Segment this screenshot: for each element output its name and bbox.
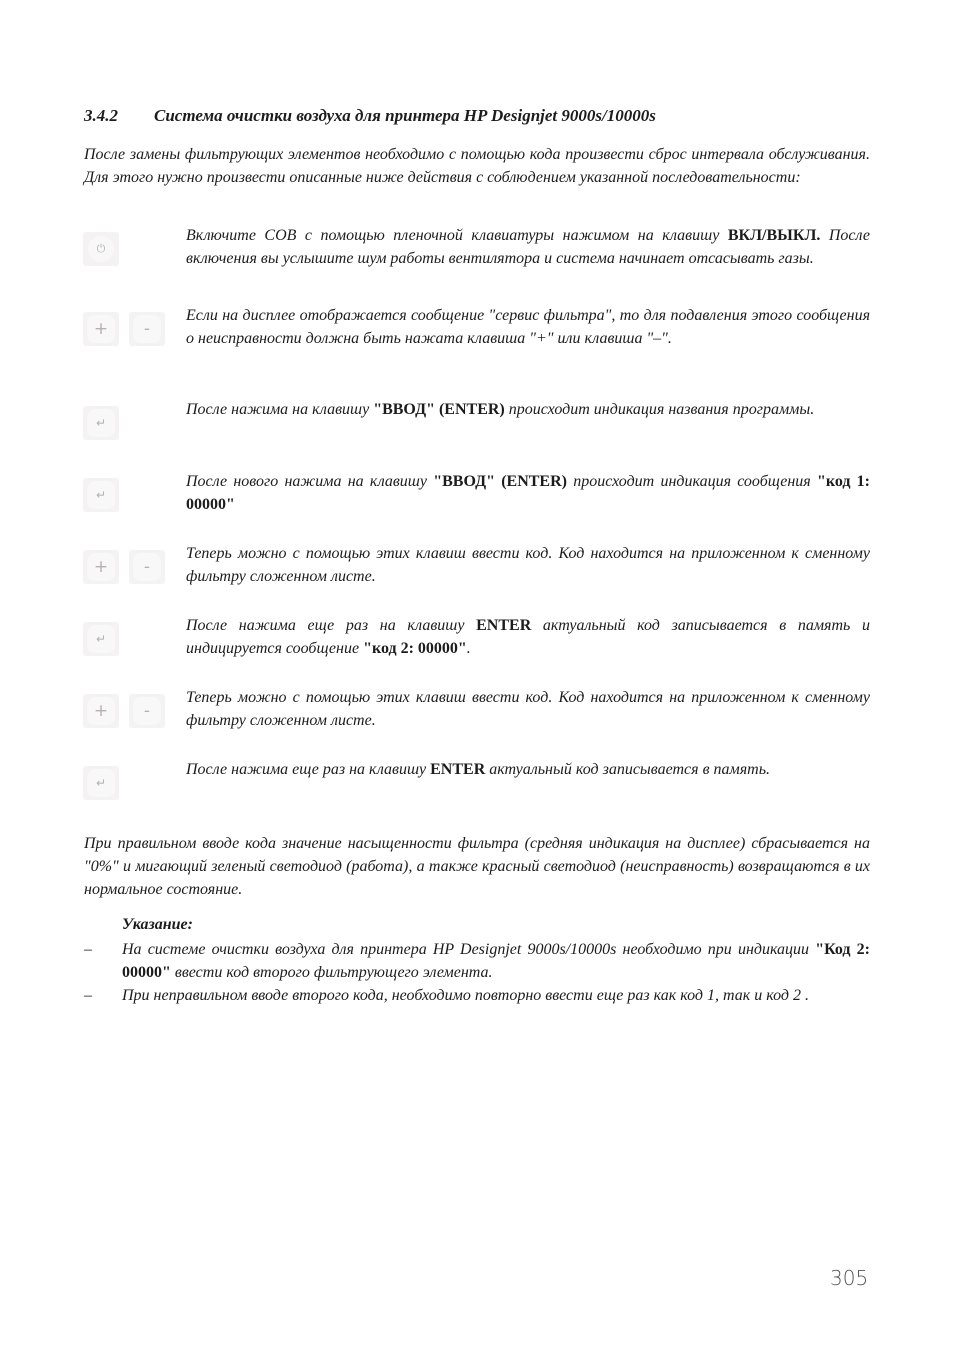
plus-icon: +	[87, 697, 115, 725]
minus-icon: -	[133, 315, 161, 343]
step-text-fragment: происходит индикация сообщения	[567, 473, 817, 490]
note-text-fragment: На системе очистки воздуха для принтера …	[122, 941, 815, 958]
keypad-keys: ⏻	[83, 232, 119, 266]
note-text-fragment: ввести код второго фильтрующего элемента…	[171, 964, 493, 981]
keypad-keys: ↵	[83, 766, 119, 800]
plus-key: +	[83, 312, 119, 346]
intro-paragraph: После замены фильтрующих элементов необх…	[84, 143, 870, 189]
minus-icon: -	[133, 553, 161, 581]
keypad-keys: ↵	[83, 622, 119, 656]
step-text: После нажима еще раз на клавишу ENTER ак…	[186, 614, 870, 660]
minus-key: -	[129, 312, 165, 346]
enter-icon: ↵	[87, 409, 115, 437]
keypad-keys: ↵	[83, 478, 119, 512]
step-text: Если на дисплее отображается сообщение "…	[186, 304, 870, 350]
emphasis-text: ENTER	[476, 617, 531, 634]
step-text-fragment: происходит индикация названия программы.	[505, 401, 814, 418]
step-text: Включите СОВ с помощью пленочной клавиат…	[186, 224, 870, 270]
step-text: Теперь можно с помощью этих клавиш ввест…	[186, 542, 870, 588]
keypad-keys: ↵	[83, 406, 119, 440]
step-text: Теперь можно с помощью этих клавиш ввест…	[186, 686, 870, 732]
step-text-fragment: Теперь можно с помощью этих клавиш ввест…	[186, 689, 870, 729]
power-key: ⏻	[83, 232, 119, 266]
bullet-dash: –	[84, 984, 92, 1007]
plus-icon: +	[87, 553, 115, 581]
step-text-fragment: Теперь можно с помощью этих клавиш ввест…	[186, 545, 870, 585]
emphasis-text: "ВВОД" (ENTER)	[433, 473, 567, 490]
emphasis-text: ENTER	[430, 761, 485, 778]
step-text-fragment: После нажима на клавишу	[186, 401, 373, 418]
keypad-keys: +-	[83, 550, 165, 584]
power-icon: ⏻	[88, 236, 114, 262]
minus-key: -	[129, 550, 165, 584]
section-number: 3.4.2	[84, 106, 154, 126]
plus-key: +	[83, 550, 119, 584]
note-list: –На системе очистки воздуха для принтера…	[84, 938, 870, 1007]
enter-icon: ↵	[87, 481, 115, 509]
minus-icon: -	[133, 697, 161, 725]
plus-key: +	[83, 694, 119, 728]
bullet-dash: –	[84, 938, 92, 961]
document-page: 3.4.2Система очистки воздуха для принтер…	[0, 0, 954, 1350]
step-text: После нового нажима на клавишу "ВВОД" (E…	[186, 470, 870, 516]
plus-icon: +	[87, 315, 115, 343]
note-text-fragment: При неправильном вводе второго кода, нео…	[122, 987, 809, 1004]
note-item: –При неправильном вводе второго кода, не…	[84, 984, 870, 1007]
enter-key: ↵	[83, 622, 119, 656]
emphasis-text: "ВВОД" (ENTER)	[373, 401, 505, 418]
step-text: После нажима еще раз на клавишу ENTER ак…	[186, 758, 870, 781]
outro-paragraph: При правильном вводе кода значение насыщ…	[84, 832, 870, 901]
page-number: 305	[830, 1266, 868, 1290]
emphasis-text: ВКЛ/ВЫКЛ.	[728, 227, 821, 244]
section-title: Система очистки воздуха для принтера HP …	[154, 106, 656, 125]
step-text-fragment: актуальный код записывается в память.	[485, 761, 770, 778]
keypad-keys: +-	[83, 312, 165, 346]
enter-key: ↵	[83, 406, 119, 440]
step-text-fragment: .	[467, 640, 471, 657]
note-title: Указание:	[122, 916, 193, 934]
step-text-fragment: Если на дисплее отображается сообщение "…	[186, 307, 870, 347]
step-text-fragment: После нажима еще раз на клавишу	[186, 617, 476, 634]
emphasis-text: "код 2: 00000"	[363, 640, 467, 657]
step-text-fragment: Включите СОВ с помощью пленочной клавиат…	[186, 227, 728, 244]
enter-icon: ↵	[87, 769, 115, 797]
note-item: –На системе очистки воздуха для принтера…	[84, 938, 870, 984]
step-text-fragment: После нажима еще раз на клавишу	[186, 761, 430, 778]
step-text-fragment: После нового нажима на клавишу	[186, 473, 433, 490]
keypad-keys: +-	[83, 694, 165, 728]
section-heading: 3.4.2Система очистки воздуха для принтер…	[84, 106, 656, 126]
step-text: После нажима на клавишу "ВВОД" (ENTER) п…	[186, 398, 870, 421]
enter-key: ↵	[83, 478, 119, 512]
minus-key: -	[129, 694, 165, 728]
enter-icon: ↵	[87, 625, 115, 653]
enter-key: ↵	[83, 766, 119, 800]
